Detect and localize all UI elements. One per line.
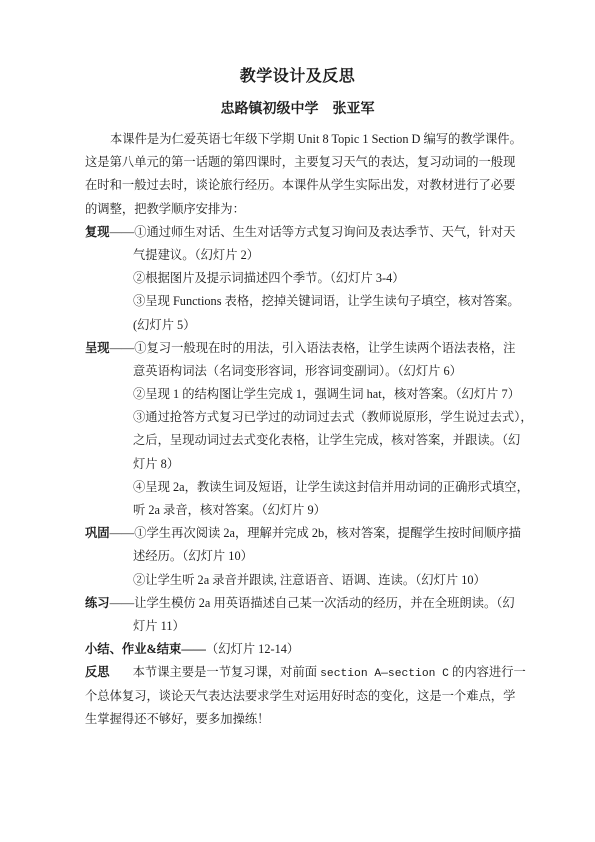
para-text: 生掌握得还不够好，要多加操练！ — [85, 712, 269, 726]
label-dash: —— — [110, 341, 135, 355]
item-text: ③通过抢答方式复习已学过的动词过去式（教师说原形，学生说过去式）， — [133, 410, 533, 424]
item-line: ②根据图片及提示词描述四个季节。（幻灯片 3-4） — [85, 267, 512, 290]
author-line: 忠路镇初级中学 张亚军 — [0, 99, 595, 121]
item-line: ④呈现 2a，教读生词及短语，让学生读这封信并用动词的正确形式填空， — [85, 476, 512, 499]
item-text: 听 2a 录音，核对答案。（幻灯片 9） — [133, 503, 326, 517]
para-text: 本课件是为仁爱英语七年级下学期 Unit 8 Topic 1 Section D… — [110, 132, 522, 146]
item-line: ②呈现 1 的结构图让学生完成 1，强调生词 hat，核对答案。（幻灯片 7） — [85, 383, 512, 406]
section-review-line: 复现——①通过师生对话、生生对话等方式复习询问及表达季节、天气，针对天 — [85, 221, 512, 244]
document-body: 本课件是为仁爱英语七年级下学期 Unit 8 Topic 1 Section D… — [85, 128, 512, 731]
section-label-consolidate: 巩固 — [85, 526, 110, 540]
section-label-practice: 练习 — [85, 596, 110, 610]
para-line: 在时和一般过去时，谈论旅行经历。本课件从学生实际出发，对教材进行了必要 — [85, 174, 512, 197]
label-dash: —— — [110, 596, 135, 610]
section-practice-line: 练习——让学生模仿 2a 用英语描述自己某一次活动的经历，并在全班朗读。（幻 — [85, 592, 512, 615]
item-line: 意英语构词法（名词变形容词，形容词变副词）。（幻灯片 6） — [85, 360, 512, 383]
item-text: 意英语构词法（名词变形容词，形容词变副词）。（幻灯片 6） — [133, 364, 462, 378]
section-consolidate-line: 巩固——①学生再次阅读 2a，理解并完成 2b，核对答案，提醒学生按时间顺序描 — [85, 522, 512, 545]
item-text: ①学生再次阅读 2a，理解并完成 2b，核对答案，提醒学生按时间顺序描 — [134, 526, 521, 540]
item-text: 灯片 11） — [133, 619, 185, 633]
item-text: ①复习一般现在时的用法，引入语法表格，让学生读两个语法表格，注 — [134, 341, 515, 355]
item-text: ②根据图片及提示词描述四个季节。（幻灯片 3-4） — [133, 271, 405, 285]
item-line: (幻灯片 5） — [85, 314, 512, 337]
section-present-line: 呈现——①复习一般现在时的用法，引入语法表格，让学生读两个语法表格，注 — [85, 337, 512, 360]
item-line: 述经历。（幻灯片 10） — [85, 545, 512, 568]
para-text: 这是第八单元的第一话题的第四课时，主要复习天气的表达，复习动词的一般现 — [85, 155, 515, 169]
item-text: ①通过师生对话、生生对话等方式复习询问及表达季节、天气，针对天 — [134, 225, 515, 239]
para-text: 在时和一般过去时，谈论旅行经历。本课件从学生实际出发，对教材进行了必要 — [85, 178, 515, 192]
section-label-reflection: 反思 — [85, 665, 110, 679]
para-text: 本节课主要是一节复习课，对前面 — [133, 665, 321, 679]
item-line: 灯片 8） — [85, 453, 512, 476]
label-dash: —— — [110, 526, 135, 540]
label-dash: —— — [110, 225, 135, 239]
section-label-summary: 小结、作业&结束 — [85, 642, 181, 656]
label-dash: —— — [181, 642, 206, 656]
item-text: ②让学生听 2a 录音并跟读, 注意语音、语调、连读。（幻灯片 10） — [133, 573, 486, 587]
item-line: ③呈现 Functions 表格，挖掉关键词语，让学生读句子填空，核对答案。 — [85, 290, 512, 313]
item-line: ②让学生听 2a 录音并跟读, 注意语音、语调、连读。（幻灯片 10） — [85, 569, 512, 592]
item-text: ③呈现 Functions 表格，挖掉关键词语，让学生读句子填空，核对答案。 — [133, 294, 520, 308]
item-text: ④呈现 2a，教读生词及短语，让学生读这封信并用动词的正确形式填空， — [133, 480, 529, 494]
para-line: 生掌握得还不够好，要多加操练！ — [85, 708, 512, 731]
item-text: 之后，呈现动词过去式变化表格，让学生完成，核对答案，并跟读。（幻 — [133, 433, 520, 447]
para-text: 的内容进行一 — [449, 665, 526, 679]
para-line: 个总体复习，谈论天气表达法要求学生对运用好时态的变化，这是一个难点，学 — [85, 685, 512, 708]
item-text: 述经历。（幻灯片 10） — [133, 549, 253, 563]
item-line: ③通过抢答方式复习已学过的动词过去式（教师说原形，学生说过去式）， — [85, 406, 512, 429]
para-text: 个总体复习，谈论天气表达法要求学生对运用好时态的变化，这是一个难点，学 — [85, 689, 515, 703]
section-reflection-line: 反思本节课主要是一节复习课，对前面 section A—section C 的内… — [85, 661, 512, 684]
item-line: 之后，呈现动词过去式变化表格，让学生完成，核对答案，并跟读。（幻 — [85, 429, 512, 452]
item-text: (幻灯片 5） — [133, 318, 196, 332]
page-title: 教学设计及反思 — [0, 66, 595, 88]
para-line: 本课件是为仁爱英语七年级下学期 Unit 8 Topic 1 Section D… — [85, 128, 512, 151]
item-text: 气提建议。（幻灯片 2） — [133, 248, 259, 262]
document-page: 教学设计及反思 忠路镇初级中学 张亚军 本课件是为仁爱英语七年级下学期 Unit… — [0, 0, 595, 842]
item-line: 灯片 11） — [85, 615, 512, 638]
section-summary-line: 小结、作业&结束——（幻灯片 12-14） — [85, 638, 512, 661]
label-spacer — [110, 675, 133, 676]
item-line: 气提建议。（幻灯片 2） — [85, 244, 512, 267]
item-text: ②呈现 1 的结构图让学生完成 1，强调生词 hat，核对答案。（幻灯片 7） — [133, 387, 520, 401]
para-text: 的调整，把教学顺序安排为： — [85, 202, 245, 216]
mono-text: section A—section C — [320, 668, 449, 680]
item-line: 听 2a 录音，核对答案。（幻灯片 9） — [85, 499, 512, 522]
item-text: 让学生模仿 2a 用英语描述自己某一次活动的经历，并在全班朗读。（幻 — [134, 596, 515, 610]
item-text: 灯片 8） — [133, 457, 179, 471]
section-label-present: 呈现 — [85, 341, 110, 355]
section-label-review: 复现 — [85, 225, 110, 239]
para-line: 这是第八单元的第一话题的第四课时，主要复习天气的表达，复习动词的一般现 — [85, 151, 512, 174]
para-line: 的调整，把教学顺序安排为： — [85, 198, 512, 221]
item-text: （幻灯片 12-14） — [206, 642, 299, 656]
